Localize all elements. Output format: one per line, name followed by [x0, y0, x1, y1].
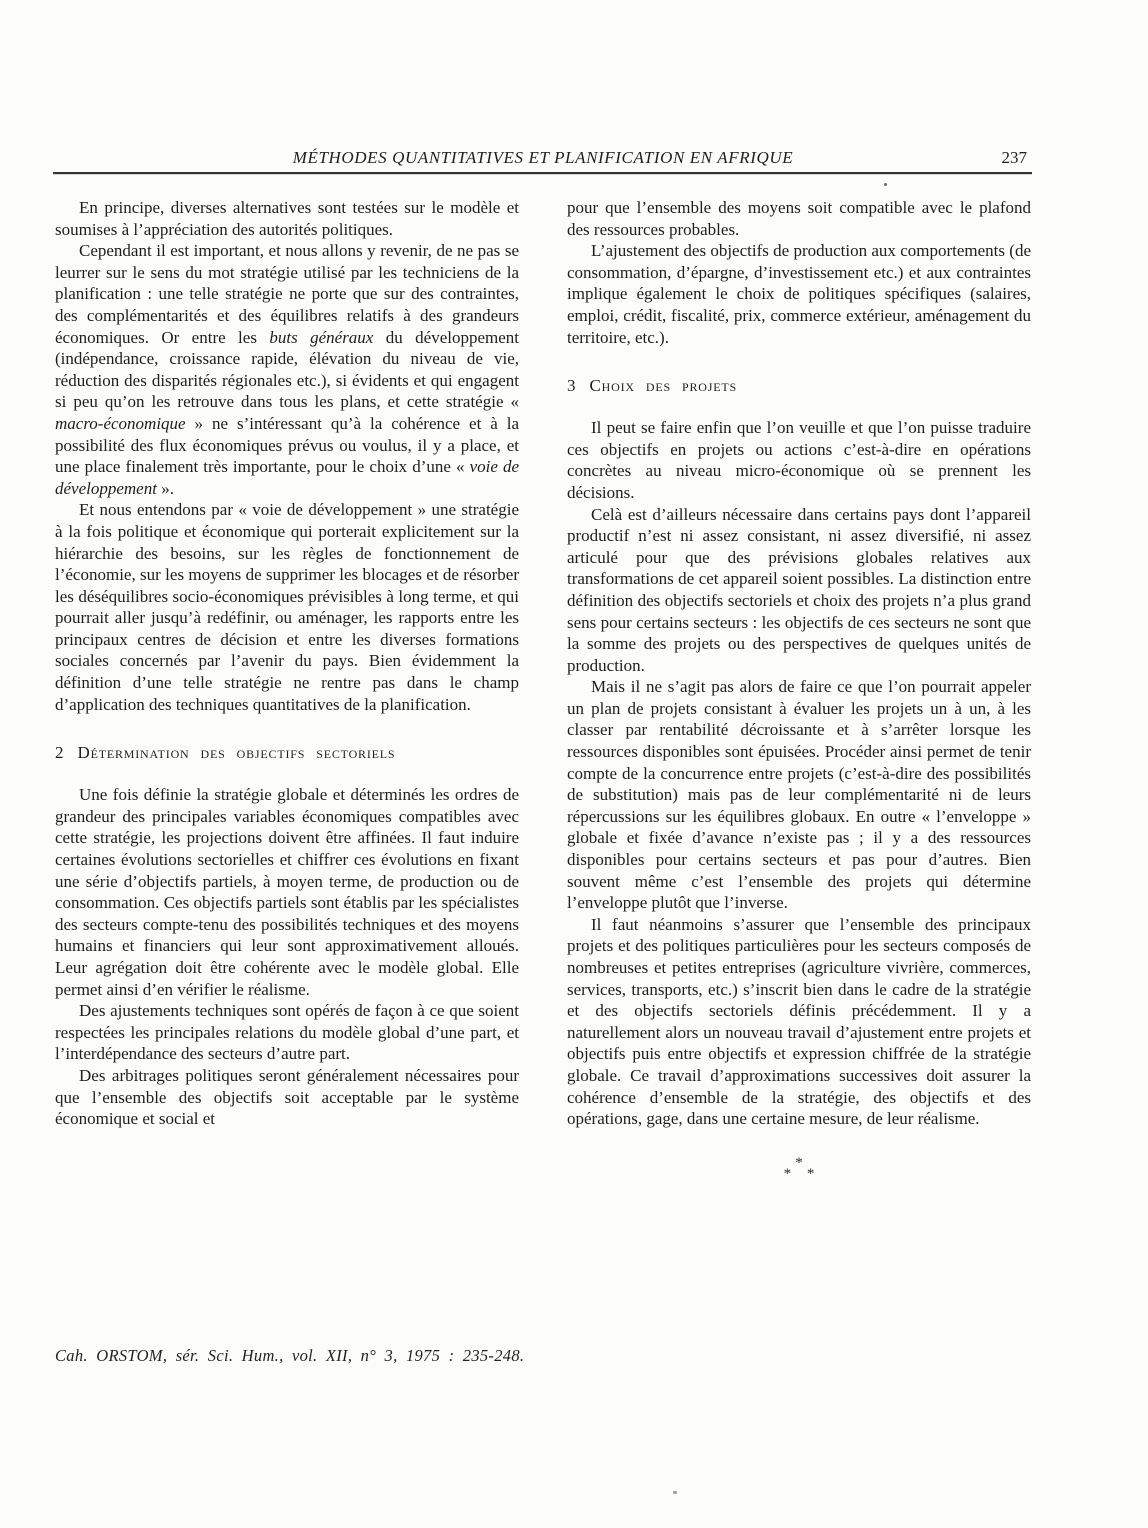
section-heading-2: 2Détermination des objectifs sectoriels	[55, 742, 519, 764]
running-title: MÉTHODES QUANTITATIVES ET PLANIFICATION …	[293, 148, 793, 167]
paragraph-en-principe: En principe, diverses alternatives sont …	[55, 197, 519, 240]
scan-speck	[884, 183, 887, 186]
text-run: ».	[157, 479, 174, 498]
paragraph-il-peut-se-faire: Il peut se faire enfin que l’on veuille …	[567, 417, 1031, 503]
asterism-divider: * * *	[567, 1158, 1031, 1180]
page-number: 237	[1002, 148, 1028, 168]
section-title: Choix des projets	[590, 376, 737, 395]
right-column: pour que l’ensemble des moyens soit comp…	[567, 197, 1031, 1180]
paragraph-et-nous-entendons: Et nous entendons par « voie de développ…	[55, 499, 519, 715]
scanned-page: MÉTHODES QUANTITATIVES ET PLANIFICATION …	[0, 0, 1148, 1528]
paragraph-il-faut-neanmoins: Il faut néanmoins s’assurer que l’ensemb…	[567, 914, 1031, 1130]
paragraph-des-ajustements: Des ajustements techniques sont opérés d…	[55, 1000, 519, 1065]
paragraph-continuation: pour que l’ensemble des moyens soit comp…	[567, 197, 1031, 240]
scan-speck	[673, 1491, 677, 1494]
left-column: En principe, diverses alternatives sont …	[55, 197, 519, 1180]
section-number: 2	[55, 743, 64, 762]
footer-citation: Cah. ORSTOM, sér. Sci. Hum., vol. XII, n…	[55, 1346, 524, 1366]
paragraph-une-fois-definie: Une fois définie la stratégie globale et…	[55, 784, 519, 1000]
section-number: 3	[567, 376, 576, 395]
running-head: MÉTHODES QUANTITATIVES ET PLANIFICATION …	[55, 148, 1031, 168]
header-rule	[53, 172, 1032, 174]
section-heading-3: 3Choix des projets	[567, 375, 1031, 397]
italic-run-buts-generaux: buts généraux	[269, 328, 373, 347]
paragraph-des-arbitrages: Des arbitrages politiques seront général…	[55, 1065, 519, 1130]
paragraph-ajustement-objectifs: L’ajustement des objectifs de production…	[567, 240, 1031, 348]
two-column-text: En principe, diverses alternatives sont …	[55, 197, 1031, 1180]
paragraph-mais-il-ne-sagit: Mais il ne s’agit pas alors de faire ce …	[567, 676, 1031, 914]
section-title: Détermination des objectifs sectoriels	[78, 743, 396, 762]
asterisk-bottom: * *	[567, 1169, 1031, 1180]
paragraph-cependant: Cependant il est important, et nous allo…	[55, 240, 519, 499]
paragraph-cela-est-dailleurs: Celà est d’ailleurs nécessaire dans cert…	[567, 504, 1031, 677]
italic-run-macro-economique: macro-économique	[55, 414, 186, 433]
